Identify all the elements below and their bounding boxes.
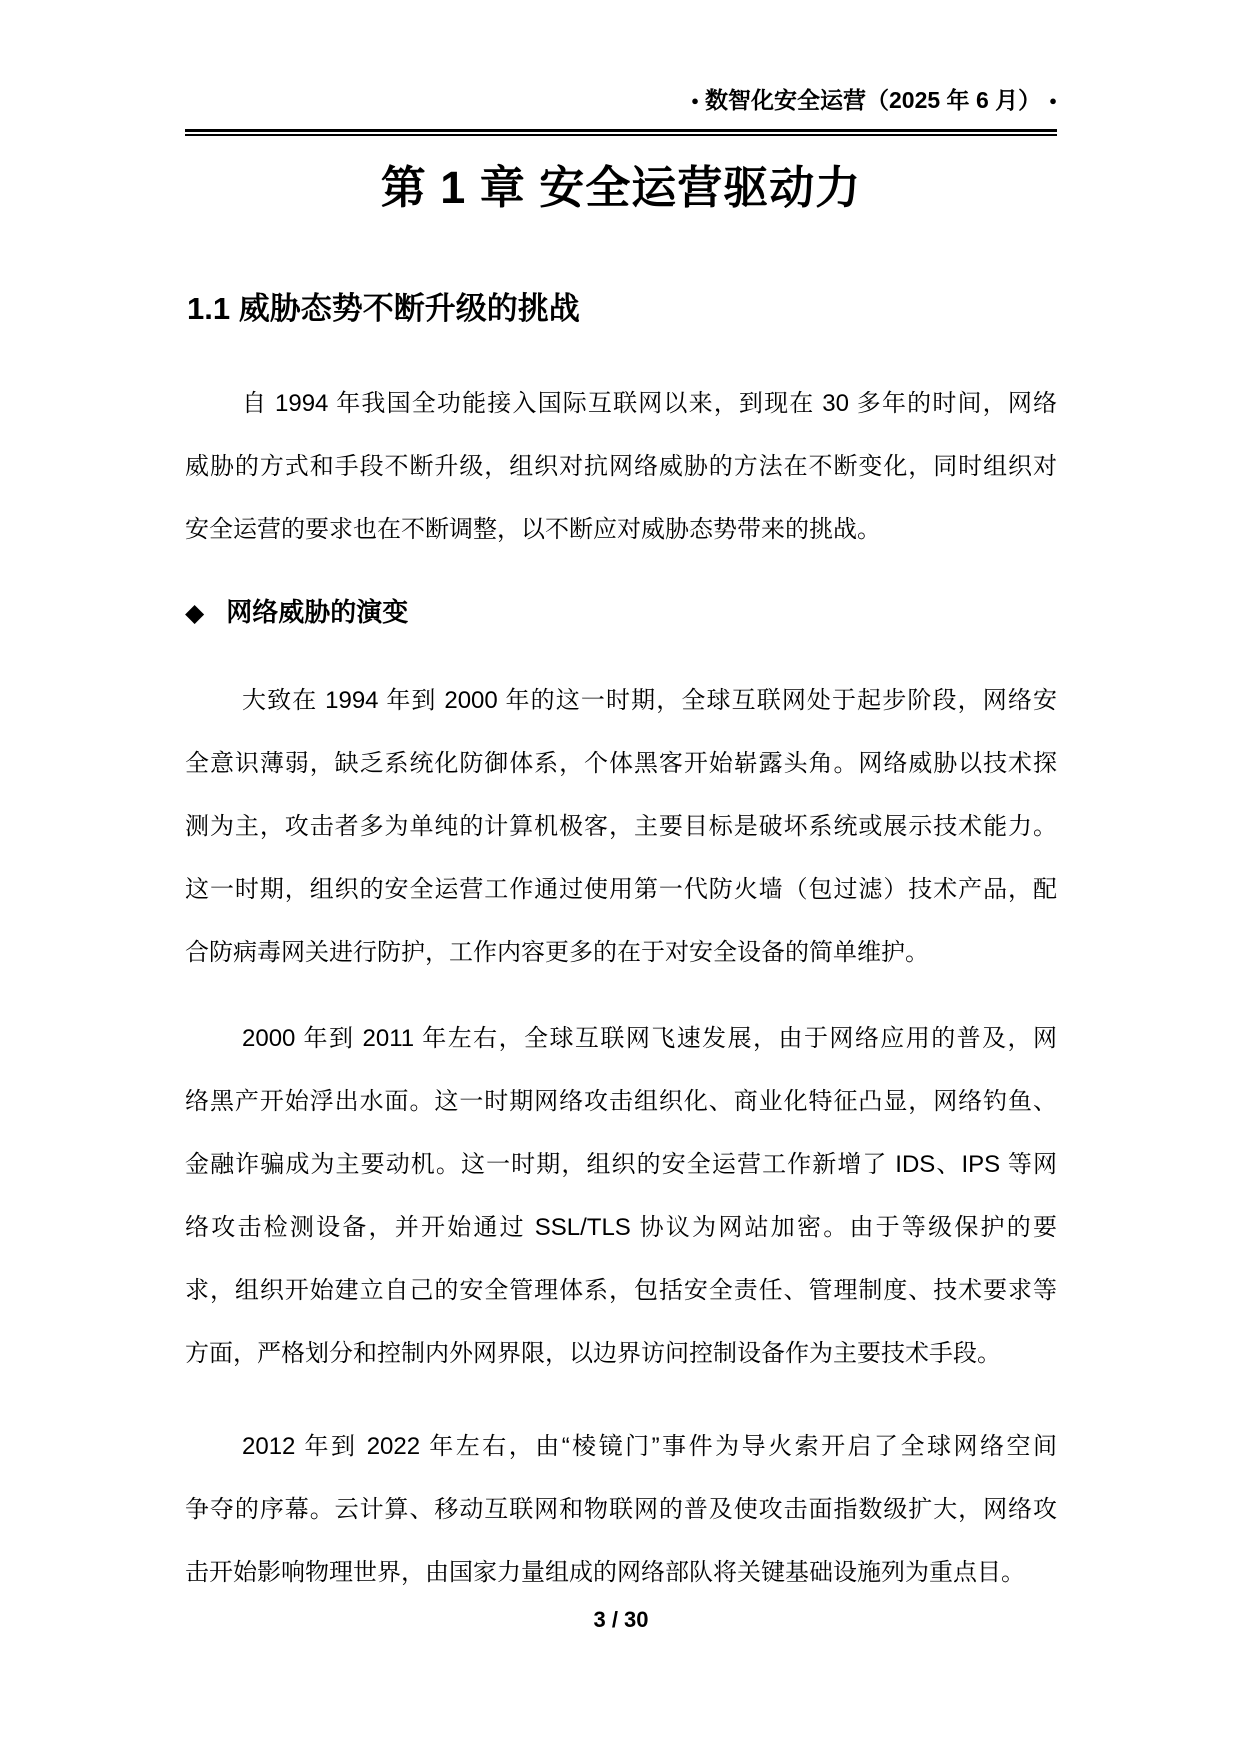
paragraph-1: 自 1994 年我国全功能接入国际互联网以来，到现在 30 多年的时间，网络 威… — [185, 372, 1057, 561]
paragraph-2: 大致在 1994 年到 2000 年的这一时期，全球互联网处于起步阶段，网络安 … — [185, 669, 1057, 984]
diamond-bullet-icon: ◆ — [185, 599, 204, 627]
page-header: ●数智化安全运营（2025 年 6 月）● — [185, 0, 1057, 117]
section-heading: 1.1 威胁态势不断升级的挑战 — [187, 288, 1057, 330]
paragraph-line: 求，组织开始建立自己的安全管理体系，包括安全责任、管理制度、技术要求等 — [185, 1259, 1057, 1322]
header-rule-thin-line — [185, 134, 1057, 136]
paragraph-line: 这一时期，组织的安全运营工作通过使用第一代防火墙（包过滤）技术产品，配 — [185, 858, 1057, 921]
paragraph-line: 络黑产开始浮出水面。这一时期网络攻击组织化、商业化特征凸显，网络钓鱼、 — [185, 1070, 1057, 1133]
paragraph-line: 金融诈骗成为主要动机。这一时期，组织的安全运营工作新增了 IDS、IPS 等网 — [185, 1133, 1057, 1196]
header-bullet-right-icon: ● — [1049, 85, 1057, 117]
header-rule — [185, 129, 1057, 136]
paragraph-line: 测为主，攻击者多为单纯的计算机极客，主要目标是破坏系统或展示技术能力。 — [185, 795, 1057, 858]
paragraph-line: 方面，严格划分和控制内外网界限，以边界访问控制设备作为主要技术手段。 — [185, 1322, 1057, 1385]
paragraph-line: 威胁的方式和手段不断升级，组织对抗网络威胁的方法在不断变化，同时组织对 — [185, 435, 1057, 498]
paragraph-line: 争夺的序幕。云计算、移动互联网和物联网的普及使攻击面指数级扩大，网络攻 — [185, 1478, 1057, 1541]
document-page: ●数智化安全运营（2025 年 6 月）● 第 1 章 安全运营驱动力 1.1 … — [0, 0, 1240, 1754]
paragraph-4: 2012 年到 2022 年左右，由“棱镜门”事件为导火索开启了全球网络空间 争… — [185, 1415, 1057, 1604]
paragraph-line: 全意识薄弱，缺乏系统化防御体系，个体黑客开始崭露头角。网络威胁以技术探 — [185, 732, 1057, 795]
bullet-heading-label: 网络威胁的演变 — [226, 597, 408, 627]
paragraph-line: 络攻击检测设备，并开始通过 SSL/TLS 协议为网站加密。由于等级保护的要 — [185, 1196, 1057, 1259]
paragraph-line: 自 1994 年我国全功能接入国际互联网以来，到现在 30 多年的时间，网络 — [185, 372, 1057, 435]
paragraph-line: 2012 年到 2022 年左右，由“棱镜门”事件为导火索开启了全球网络空间 — [185, 1415, 1057, 1478]
page-footer: 3 / 30 — [185, 1604, 1057, 1636]
bullet-heading: ◆网络威胁的演变 — [185, 581, 1057, 645]
header-bullet-left-icon: ● — [691, 85, 699, 117]
header-title: 数智化安全运营（2025 年 6 月） — [705, 87, 1041, 113]
paragraph-line: 2000 年到 2011 年左右，全球互联网飞速发展，由于网络应用的普及，网 — [185, 1007, 1057, 1070]
paragraph-line: 击开始影响物理世界，由国家力量组成的网络部队将关键基础设施列为重点目。 — [185, 1541, 1057, 1604]
paragraph-line: 大致在 1994 年到 2000 年的这一时期，全球互联网处于起步阶段，网络安 — [185, 669, 1057, 732]
paragraph-line: 合防病毒网关进行防护，工作内容更多的在于对安全设备的简单维护。 — [185, 921, 1057, 984]
chapter-title: 第 1 章 安全运营驱动力 — [185, 158, 1057, 218]
paragraph-3: 2000 年到 2011 年左右，全球互联网飞速发展，由于网络应用的普及，网 络… — [185, 1007, 1057, 1385]
paragraph-line: 安全运营的要求也在不断调整，以不断应对威胁态势带来的挑战。 — [185, 498, 1057, 561]
